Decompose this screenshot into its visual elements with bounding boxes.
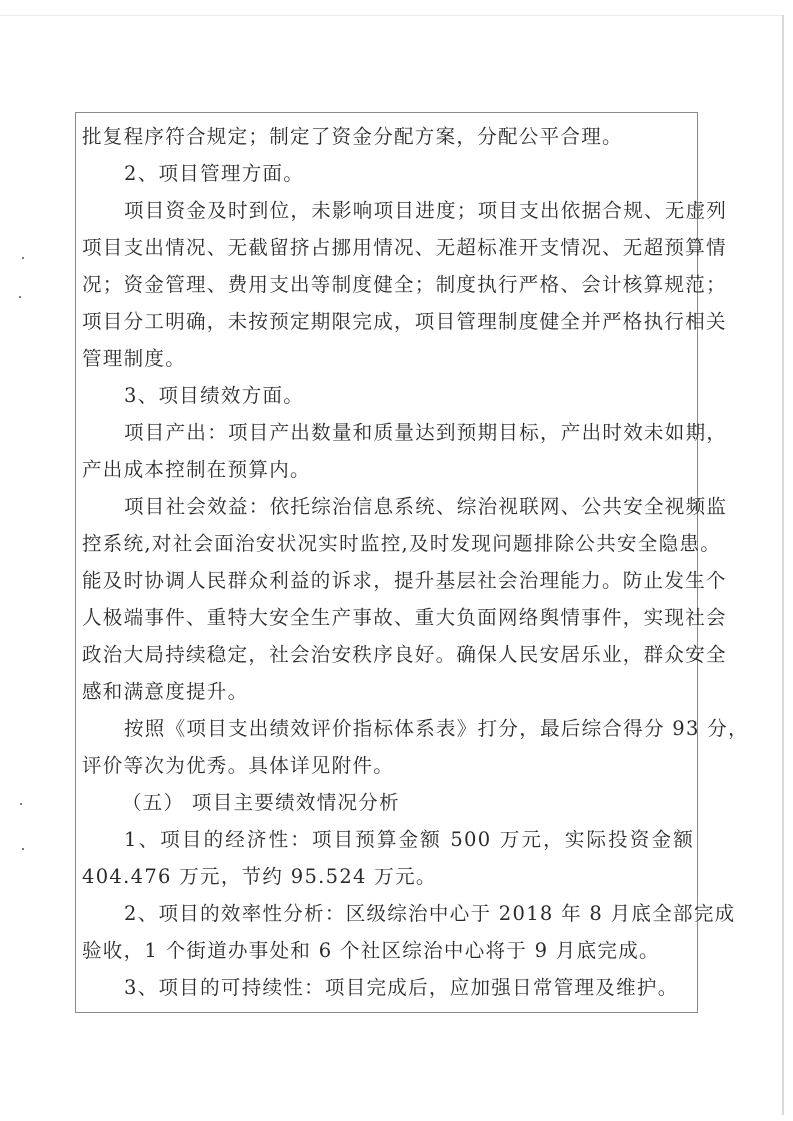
text-line: 项目社会效益：依托综治信息系统、综治视联网、公共安全视频监: [82, 488, 694, 525]
text-line: 404.476 万元，节约 95.524 万元。: [82, 858, 694, 895]
margin-mark: [19, 296, 21, 298]
text-line: 控系统,对社会面治安状况实时监控,及时发现问题排除公共安全隐患。: [82, 525, 694, 562]
text-line: 能及时协调人民群众利益的诉求，提升基层社会治理能力。防止发生个: [82, 562, 694, 599]
text-line: 项目资金及时到位，未影响项目进度；项目支出依据合规、无虚列: [82, 192, 694, 229]
text-line: 况；资金管理、费用支出等制度健全；制度执行严格、会计核算规范；: [82, 266, 694, 303]
text-line: 1、项目的经济性：项目预算金额 500 万元，实际投资金额: [82, 821, 694, 858]
margin-mark: [20, 803, 22, 805]
section-heading-management: 2、项目管理方面。: [82, 155, 694, 192]
text-line: 项目支出情况、无截留挤占挪用情况、无超标准开支情况、无超预算情: [82, 229, 694, 266]
section-heading-performance: 3、项目绩效方面。: [82, 377, 694, 414]
text-line: 感和满意度提升。: [82, 673, 694, 710]
margin-mark: [22, 848, 24, 850]
margin-mark: [22, 257, 24, 259]
scan-page-right-edge: [782, 15, 784, 1115]
text-line: 3、项目的可持续性：项目完成后，应加强日常管理及维护。: [82, 969, 694, 1006]
text-line: 政治大局持续稳定，社会治安秩序良好。确保人民安居乐业，群众安全: [82, 636, 694, 673]
text-line: 按照《项目支出绩效评价指标体系表》打分，最后综合得分 93 分，: [82, 710, 694, 747]
text-line: 评价等次为优秀。具体详见附件。: [82, 747, 694, 784]
text-line: 产出成本控制在预算内。: [82, 451, 694, 488]
text-line: 项目产出：项目产出数量和质量达到预期目标，产出时效未如期，: [82, 414, 694, 451]
section-heading-analysis: （五） 项目主要绩效情况分析: [82, 784, 694, 821]
text-line: 2、项目的效率性分析：区级综治中心于 2018 年 8 月底全部完成: [82, 895, 694, 932]
text-line: 人极端事件、重特大安全生产事故、重大负面网络舆情事件，实现社会: [82, 599, 694, 636]
text-line: 管理制度。: [82, 340, 694, 377]
text-line: 验收，1 个街道办事处和 6 个社区综治中心将于 9 月底完成。: [82, 932, 694, 969]
text-line: 批复程序符合规定；制定了资金分配方案，分配公平合理。: [82, 118, 694, 155]
scan-page-top-edge: [0, 15, 782, 16]
text-line: 项目分工明确，未按预定期限完成，项目管理制度健全并严格执行相关: [82, 303, 694, 340]
document-body: 批复程序符合规定；制定了资金分配方案，分配公平合理。 2、项目管理方面。 项目资…: [82, 118, 694, 1006]
